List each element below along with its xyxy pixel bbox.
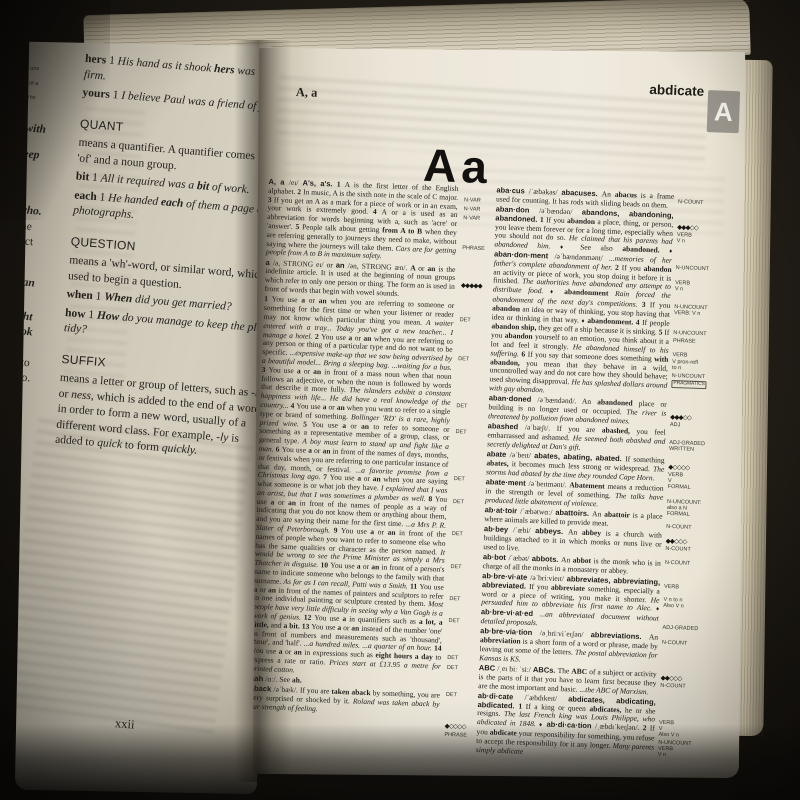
grammar-label: with: [25, 125, 46, 133]
grammar-label: the: [18, 223, 32, 230]
grammar-label: ADJ: [670, 422, 681, 428]
diamond-marker: ♦: [550, 290, 564, 297]
left-page: unsof amewitheepwho.thejectn anlightbook…: [15, 42, 271, 795]
grammar-label: eep: [23, 151, 39, 158]
entry-text: to form: [124, 439, 162, 454]
column-2-entries: aba·cus /ˈæbəkəs/ abacuses. An abacus is…: [476, 186, 675, 761]
entry-text: He handed: [108, 192, 162, 208]
entry-text: /ɑː/.: [265, 674, 279, 684]
entry-text: quick: [97, 437, 126, 451]
diamond-marker: ♦: [669, 249, 672, 255]
grammar-label: DET: [450, 564, 461, 570]
grammar-label: book: [15, 328, 33, 336]
guide-word-left: A, a: [296, 85, 318, 101]
grammar-label: DET: [446, 692, 457, 698]
entry-text: When: [104, 291, 133, 305]
grammar-label: DET: [460, 317, 471, 323]
diamond-marker: ♦: [656, 607, 659, 613]
grammar-label: n an: [15, 279, 35, 287]
entry-text: how: [65, 307, 89, 321]
dictionary-entry: ab·bre·via·tion /əˌbriːviˈeɪʃən/ abbrevi…: [479, 627, 658, 669]
grammar-label: DET: [447, 665, 458, 671]
grammar-label: DET: [455, 429, 466, 435]
grammar-label: V n: [658, 752, 666, 758]
grammar-label: N-VAR: [464, 206, 481, 213]
dictionary-column-1: A, a /eɪ/ A's, a's. 1 A is the first let…: [253, 178, 495, 721]
grammar-label: ADJ-GRADED: [662, 625, 698, 632]
entry-text: each: [74, 189, 100, 203]
entry-text: See also: [580, 243, 622, 254]
showthrough-text: [15, 416, 252, 741]
right-page-content: A, a abdicate A Aa A, a /eɪ/ A's, a's. 1…: [253, 48, 745, 778]
grammar-label: who.: [19, 207, 42, 215]
grammar-label: VERB: [672, 352, 687, 359]
grammar-label: DET: [456, 403, 467, 409]
grammar-label: to n: [672, 365, 681, 371]
dictionary-entry: ab·bre·vi·ate /əˈbriːvieɪt/ abbreviates,…: [480, 572, 660, 632]
grammar-label: Also V n: [658, 732, 679, 739]
dictionary-entry: ab·di·cate /ˈæbdɪkeɪt/ abdicates, abdica…: [476, 692, 656, 761]
grammar-label: me: [28, 94, 36, 101]
grammar-label: es to.: [15, 374, 31, 382]
frequency-diamonds: ◆◆◆◇◇: [677, 225, 698, 232]
dictionary-entry: aban·don /əˈbændən/ abandons, abandoning…: [489, 205, 674, 399]
grammar-label: N-VAR: [463, 215, 480, 222]
grammar-label: of a: [29, 80, 39, 87]
suffix-definition: means a letter or group of letters, such…: [55, 371, 270, 465]
dictionary-entry: aback /əˈbæk/. If you are taken aback by…: [253, 685, 440, 718]
thumb-tab-letter: A: [713, 96, 733, 128]
grammar-label: PHRASE: [673, 338, 696, 345]
frequency-diamonds: ◆◆◆◇◇: [670, 415, 691, 422]
entry-text: bit: [197, 180, 210, 193]
dictionary-entry: 1 You use a or an when you are referring…: [253, 295, 454, 680]
entry-text: See: [279, 675, 292, 684]
right-page: A, a abdicate A Aa A, a /eɪ/ A's, a's. 1…: [253, 48, 745, 778]
grammar-label: PHRASE: [462, 245, 485, 252]
entry-text: How: [97, 309, 120, 323]
dictionary-entry: A, a /eɪ/ A's, a's. 1 A is the first let…: [266, 178, 459, 264]
column-1-entries: A, a /eɪ/ A's, a's. 1 A is the first let…: [253, 178, 459, 718]
grammar-label: uns: [30, 66, 39, 73]
entry-text: hers: [85, 53, 110, 67]
grammar-label: N-UNCOUNT: [676, 265, 710, 272]
page-number: xxii: [114, 716, 135, 732]
entry-text: His hand as it shook: [117, 55, 214, 75]
entry-text: bit: [75, 170, 92, 183]
photo-of-open-dictionary: unsof amewitheepwho.thejectn anlightbook…: [0, 0, 800, 800]
grammar-label: PHRASE: [444, 732, 467, 739]
entry-text: tidy?: [63, 322, 87, 336]
grammar-label: DET: [449, 596, 460, 602]
entry-text: If people: [642, 317, 670, 327]
grammar-label: N-UNCOUNT: [673, 330, 707, 337]
dictionary-column-2: aba·cus /ˈæbəkəs/ abacuses. An abacus is…: [476, 186, 739, 764]
left-page-content: unsof amewitheepwho.thejectn anlightbook…: [15, 42, 271, 795]
grammar-label: N-COUNT: [666, 524, 692, 531]
grammar-label: N-COUNT: [660, 683, 686, 690]
grammar-label: N-COUNT: [678, 199, 704, 206]
grammar-label: Also V n: [663, 603, 684, 610]
entry-text: did you get married?: [132, 293, 232, 313]
grammar-label: N-UNCOUNT: [672, 373, 706, 380]
entry-text: ah.: [292, 675, 302, 684]
grammar-label: DET: [447, 655, 458, 661]
usage-notes-column: hers 1 His hand as it shook hers was war…: [54, 52, 271, 468]
entry-text: each: [161, 196, 184, 210]
grammar-label: DET: [452, 531, 463, 537]
frequency-diamonds: ◆◆◇◇◇: [660, 676, 681, 683]
diamond-marker: ♦: [560, 245, 580, 252]
grammar-label: ject: [16, 238, 33, 245]
entry-text: firm.: [83, 68, 106, 82]
grammar-label: V n: [677, 238, 685, 244]
frequency-diamonds: ◆◆◆◆◆: [461, 283, 482, 290]
grammar-label: N-COUNT: [665, 560, 691, 567]
grammar-label: FORMAL: [667, 511, 690, 518]
entry-text: -ly: [216, 431, 232, 444]
frequency-diamonds: ◆◆◇◇◇: [666, 539, 687, 546]
grammar-label: N-COUNT: [665, 546, 691, 553]
grammar-label: PRAGMATICS: [671, 380, 707, 389]
entry-text: yours: [82, 87, 113, 101]
grammar-label: DET: [453, 499, 464, 505]
grammar-label: FORMAL: [668, 484, 691, 491]
frequency-diamonds: ◆◇◇◇◇: [668, 465, 689, 472]
grammar-label: light: [15, 313, 33, 321]
grammar-label: ed to: [15, 359, 30, 367]
entry-text: of work.: [209, 181, 250, 196]
guide-word-right: abdicate: [649, 82, 704, 99]
grammar-label: DET: [458, 356, 469, 362]
grammar-label: DET: [454, 476, 465, 482]
frequency-diamonds: ◆◇◇◇◇: [445, 724, 466, 731]
entry-text: All it required was a: [100, 172, 197, 192]
grammar-label: VERB: V n: [674, 310, 700, 317]
grammar-label: VERB: [664, 584, 679, 591]
grammar-label: N-VAR: [464, 197, 481, 204]
headword: aah: [253, 674, 266, 684]
grammar-label: WRITTEN: [669, 446, 694, 453]
entry-text: hers: [214, 63, 235, 77]
grammar-label: DET: [448, 618, 459, 624]
entry-text: ness: [71, 388, 92, 402]
entry-text: quickly.: [161, 442, 197, 457]
entry-text: when: [66, 288, 96, 302]
letter-thumb-tab: A: [707, 90, 741, 133]
grammar-label: V n: [675, 286, 683, 292]
grammar-label: N-COUNT: [662, 640, 688, 647]
